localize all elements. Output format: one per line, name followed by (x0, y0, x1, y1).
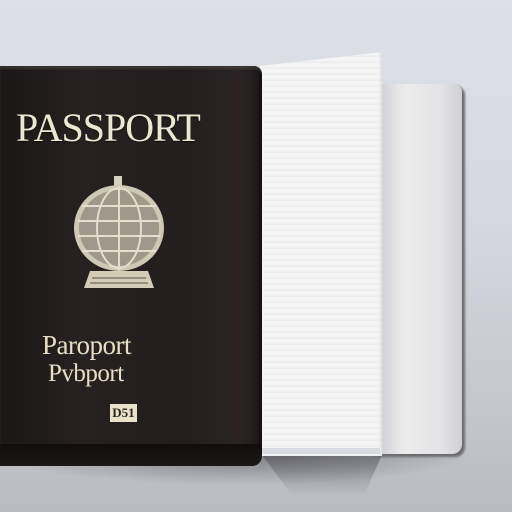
cover-title: PASSPORT (16, 104, 246, 151)
pages-edge (262, 448, 380, 454)
photo-scene: PASSPORT Paroport Pvbport D51 (0, 0, 512, 512)
cover-subtitle-1: Paroport (42, 330, 131, 361)
cover-subtitle-2: Pvbport (48, 360, 124, 388)
passport-back-cover (370, 84, 462, 454)
biometric-badge: D51 (110, 404, 137, 422)
globe-emblem-icon (72, 176, 166, 296)
cover-edge (0, 444, 262, 466)
passport-pages (260, 52, 382, 456)
page-shadow (262, 455, 382, 495)
